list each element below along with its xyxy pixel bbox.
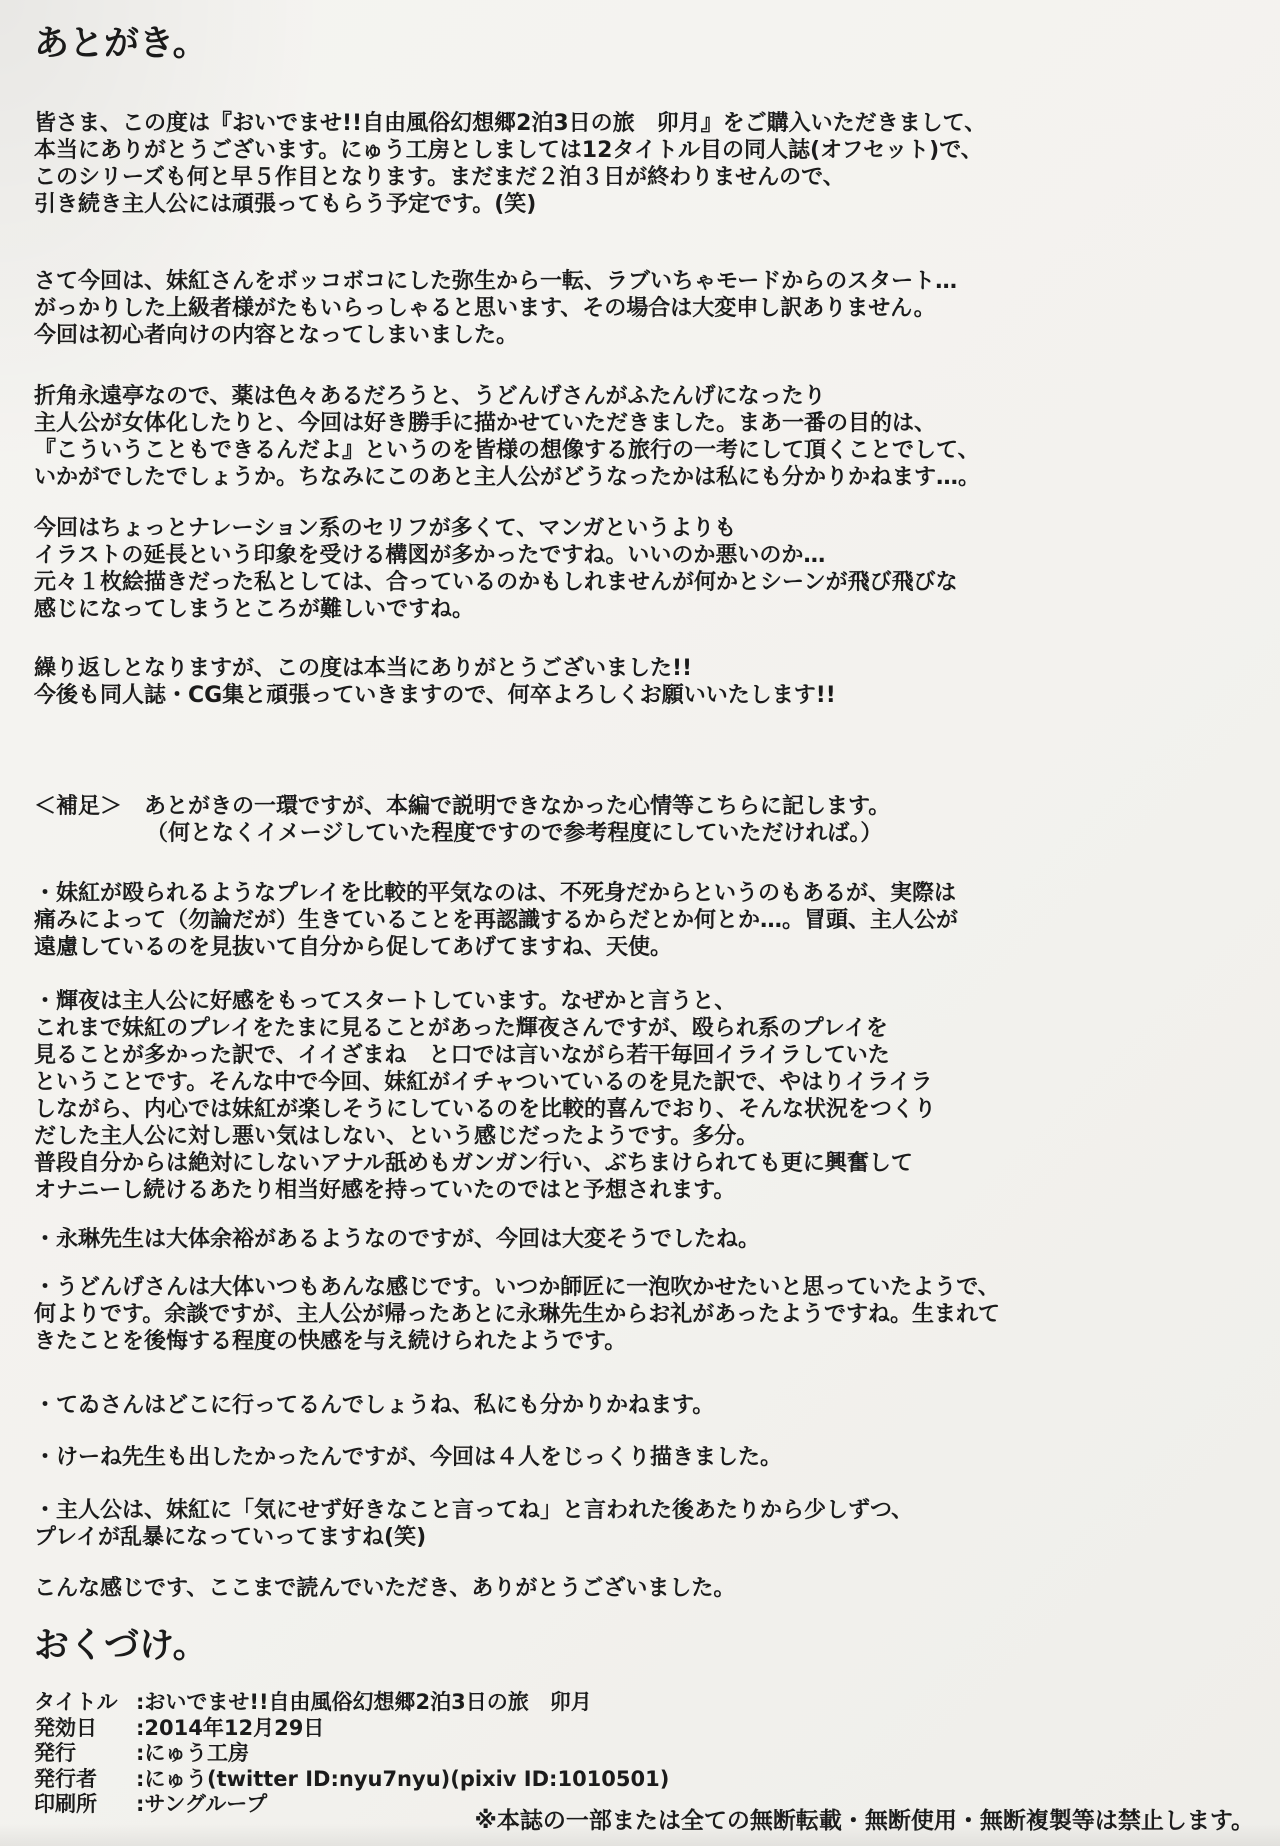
text-line: 折角永遠亭なので、薬は色々あるだろうと、うどんげさんがふたんげになったり <box>34 383 980 410</box>
supplement-bullet-udonge: ・うどんげさんは大体いつもあんな感じです。いつか師匠に一泡吹かせたいと思っていた… <box>34 1274 1000 1355</box>
colophon-label: タイトル <box>34 1690 136 1716</box>
text-line: 痛みによって（勿論だが）生きていることを再認識するからだとか何とか…。冒頭、主人… <box>34 907 958 934</box>
colophon-separator: : <box>136 1741 144 1767</box>
text-line: 引き続き主人公には頑張ってもらう予定です。(笑) <box>34 191 986 218</box>
colophon-row-author: 発行者:にゅう(twitter ID:nyu7nyu)(pixiv ID:101… <box>34 1767 669 1793</box>
colophon: タイトル:おいでませ!!自由風俗幻想郷2泊3日の旅 卯月 発効日:2014年12… <box>34 1690 669 1818</box>
text-line: オナニーし続けるあたり相当好感を持っていたのではと予想されます。 <box>34 1177 936 1204</box>
text-line: 元々１枚絵描きだった私としては、合っているのかもしれませんが何かとシーンが飛び飛… <box>34 569 958 596</box>
afterword-paragraph-1: 皆さま、この度は『おいでませ!!自由風俗幻想郷2泊3日の旅 卯月』をご購入いただ… <box>34 110 986 218</box>
colophon-label: 発効日 <box>34 1716 136 1742</box>
colophon-label: 印刷所 <box>34 1792 136 1818</box>
text-line: ・妹紅が殴られるようなプレイを比較的平気なのは、不死身だからというのもあるが、実… <box>34 880 958 907</box>
scanned-afterword-page: あとがき。 皆さま、この度は『おいでませ!!自由風俗幻想郷2泊3日の旅 卯月』を… <box>0 0 1280 1846</box>
text-line: ・主人公は、妹紅に「気にせず好きなこと言ってね」と言われた後あたりから少しずつ、 <box>34 1497 913 1524</box>
supplement-bullet-protagonist: ・主人公は、妹紅に「気にせず好きなこと言ってね」と言われた後あたりから少しずつ、… <box>34 1497 913 1551</box>
copyright-note: ※本誌の一部または全ての無断転載・無断使用・無断複製等は禁止します。 <box>474 1802 1254 1835</box>
text-line: ・輝夜は主人公に好感をもってスタートしています。なぜかと言うと、 <box>34 988 936 1015</box>
text-line: 繰り返しとなりますが、この度は本当にありがとうございました!! <box>34 655 836 682</box>
text-line: 主人公が女体化したりと、今回は好き勝手に描かせていただきました。まあ一番の目的は… <box>34 410 980 437</box>
colophon-separator: : <box>136 1792 144 1818</box>
colophon-label: 発行者 <box>34 1767 136 1793</box>
text-line: いかがでしたでしょうか。ちなみにこのあと主人公がどうなったかは私にも分かりかねま… <box>34 464 980 491</box>
text-line: このシリーズも何と早５作目となります。まだまだ２泊３日が終わりませんので、 <box>34 164 986 191</box>
text-line: だした主人公に対し悪い気はしない、という感じだったようです。多分。 <box>34 1123 936 1150</box>
supplement-bullet-mokou: ・妹紅が殴られるようなプレイを比較的平気なのは、不死身だからというのもあるが、実… <box>34 880 958 961</box>
colophon-value: おいでませ!!自由風俗幻想郷2泊3日の旅 卯月 <box>144 1690 591 1716</box>
text-line: これまで妹紅のプレイをたまに見ることがあった輝夜さんですが、殴られ系のプレイを <box>34 1015 936 1042</box>
text-line: 何よりです。余談ですが、主人公が帰ったあとに永琳先生からお礼があったようですね。… <box>34 1301 1000 1328</box>
text-line: ・けーね先生も出したかったんですが、今回は４人をじっくり描きました。 <box>34 1444 782 1471</box>
colophon-value: にゅう工房 <box>144 1741 249 1767</box>
text-line: さて今回は、妹紅さんをボッコボコにした弥生から一転、ラブいちゃモードからのスター… <box>34 268 957 295</box>
colophon-row-publisher: 発行:にゅう工房 <box>34 1741 669 1767</box>
afterword-paragraph-3: 折角永遠亭なので、薬は色々あるだろうと、うどんげさんがふたんげになったり主人公が… <box>34 383 980 491</box>
text-line: しながら、内心では妹紅が楽しそうにしているのを比較的喜んでおり、そんな状況をつく… <box>34 1096 936 1123</box>
colophon-heading: おくづけ。 <box>34 1626 208 1666</box>
closing-line: こんな感じです、ここまで読んでいただき、ありがとうございました。 <box>34 1575 735 1602</box>
text-line: 感じになってしまうところが難しいですね。 <box>34 596 958 623</box>
text-line: イラストの延長という印象を受ける構図が多かったですね。いいのか悪いのか… <box>34 542 958 569</box>
colophon-row-title: タイトル:おいでませ!!自由風俗幻想郷2泊3日の旅 卯月 <box>34 1690 669 1716</box>
text-line: 見ることが多かった訳で、イイざまね と口では言いながら若干毎回イライラしていた <box>34 1042 936 1069</box>
afterword-heading: あとがき。 <box>34 24 208 64</box>
colophon-value: にゅう(twitter ID:nyu7nyu)(pixiv ID:1010501… <box>144 1767 669 1793</box>
afterword-paragraph-2: さて今回は、妹紅さんをボッコボコにした弥生から一転、ラブいちゃモードからのスター… <box>34 268 957 349</box>
supplement-header: ＜補足＞ あとがきの一環ですが、本編で説明できなかった心情等こちらに記します。（… <box>34 793 890 847</box>
colophon-label: 発行 <box>34 1741 136 1767</box>
colophon-row-date: 発効日:2014年12月29日 <box>34 1716 669 1742</box>
text-line: （何となくイメージしていた程度ですので参考程度にしていただければ。） <box>34 820 890 847</box>
text-line: 皆さま、この度は『おいでませ!!自由風俗幻想郷2泊3日の旅 卯月』をご購入いただ… <box>34 110 986 137</box>
text-line: ＜補足＞ あとがきの一環ですが、本編で説明できなかった心情等こちらに記します。 <box>34 793 890 820</box>
text-line: ということです。そんな中で今回、妹紅がイチャついているのを見た訳で、やはりイライ… <box>34 1069 936 1096</box>
text-line: ・永琳先生は大体余裕があるようなのですが、今回は大変そうでしたね。 <box>34 1226 760 1253</box>
colophon-value: 2014年12月29日 <box>144 1716 324 1742</box>
colophon-value: サングループ <box>144 1792 267 1818</box>
text-line: 今回は初心者向けの内容となってしまいました。 <box>34 322 957 349</box>
colophon-separator: : <box>136 1690 144 1716</box>
text-line: プレイが乱暴になっていってますね(笑) <box>34 1524 913 1551</box>
text-line: 今回はちょっとナレーション系のセリフが多くて、マンガというよりも <box>34 515 958 542</box>
afterword-paragraph-5: 繰り返しとなりますが、この度は本当にありがとうございました!!今後も同人誌・CG… <box>34 655 836 709</box>
text-line: きたことを後悔する程度の快感を与え続けられたようです。 <box>34 1328 1000 1355</box>
supplement-bullet-kaguya: ・輝夜は主人公に好感をもってスタートしています。なぜかと言うと、これまで妹紅のプ… <box>34 988 936 1204</box>
supplement-bullet-keine: ・けーね先生も出したかったんですが、今回は４人をじっくり描きました。 <box>34 1444 782 1471</box>
text-line: 本当にありがとうございます。にゅう工房としましては12タイトル目の同人誌(オフセ… <box>34 137 986 164</box>
text-line: 今後も同人誌・CG集と頑張っていきますので、何卒よろしくお願いいたします!! <box>34 682 836 709</box>
colophon-separator: : <box>136 1767 144 1793</box>
text-line: ・うどんげさんは大体いつもあんな感じです。いつか師匠に一泡吹かせたいと思っていた… <box>34 1274 1000 1301</box>
text-line: 『こういうこともできるんだよ』というのを皆様の想像する旅行の一考にして頂くことで… <box>34 437 980 464</box>
text-line: ・てゐさんはどこに行ってるんでしょうね、私にも分かりかねます。 <box>34 1392 714 1419</box>
supplement-bullet-tewi: ・てゐさんはどこに行ってるんでしょうね、私にも分かりかねます。 <box>34 1392 714 1419</box>
afterword-paragraph-4: 今回はちょっとナレーション系のセリフが多くて、マンガというよりもイラストの延長と… <box>34 515 958 623</box>
text-line: がっかりした上級者様がたもいらっしゃると思います、その場合は大変申し訳ありません… <box>34 295 957 322</box>
supplement-bullet-eirin: ・永琳先生は大体余裕があるようなのですが、今回は大変そうでしたね。 <box>34 1226 760 1253</box>
colophon-separator: : <box>136 1716 144 1742</box>
text-line: 遠慮しているのを見抜いて自分から促してあげてますね、天使。 <box>34 934 958 961</box>
text-line: 普段自分からは絶対にしないアナル舐めもガンガン行い、ぶちまけられても更に興奮して <box>34 1150 936 1177</box>
